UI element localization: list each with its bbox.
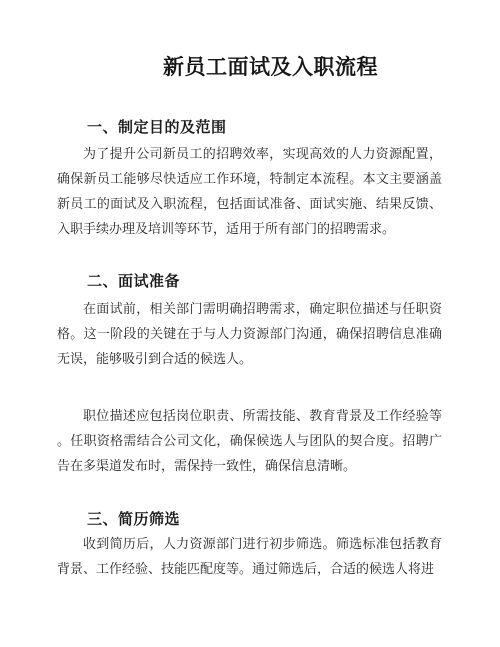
paragraph: 在面试前，相关部门需明确招聘需求，确定职位描述与任职资格。这一阶段的关键在于与人… bbox=[57, 296, 442, 371]
paragraph: 职位描述应包括岗位职责、所需技能、教育背景及工作经验等。任职资格需结合公司文化，… bbox=[57, 403, 442, 478]
paragraph: 收到简历后，人力资源部门进行初步筛选。筛选标准包括教育背景、工作经验、技能匹配度… bbox=[57, 531, 442, 581]
document-page: 新员工面试及入职流程 一、制定目的及范围 为了提升公司新员工的招聘效率，实现高效… bbox=[0, 0, 500, 647]
section-heading-3: 三、简历筛选 bbox=[57, 510, 442, 530]
section-heading-1: 一、制定目的及范围 bbox=[57, 118, 442, 138]
document-title: 新员工面试及入职流程 bbox=[57, 52, 442, 83]
paragraph: 为了提升公司新员工的招聘效率，实现高效的人力资源配置，确保新员工能够尽快适应工作… bbox=[57, 141, 442, 241]
section-heading-2: 二、面试准备 bbox=[57, 272, 442, 292]
